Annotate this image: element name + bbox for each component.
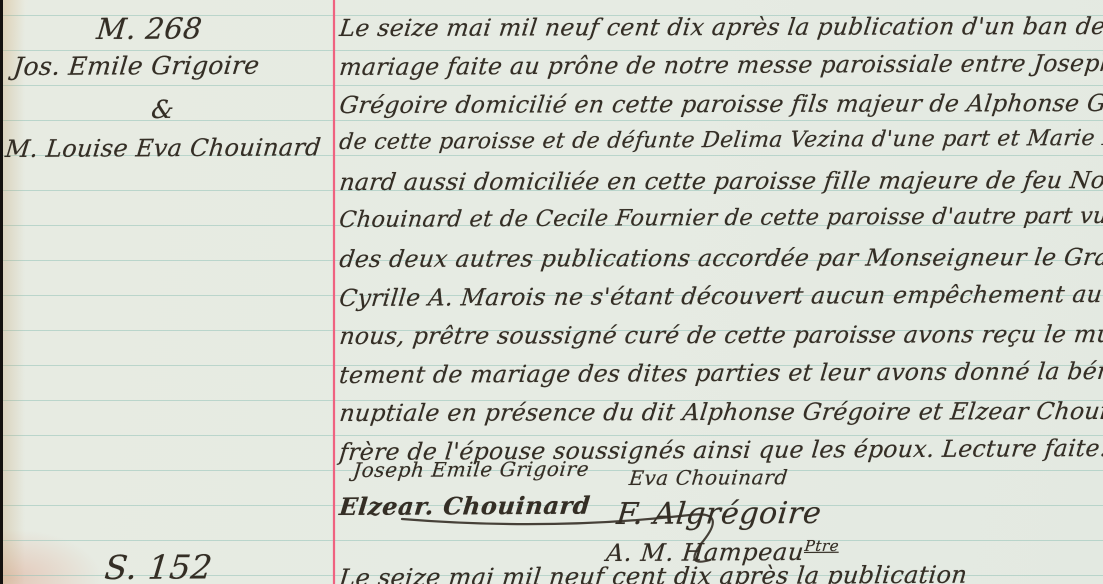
margin-groom-name: Jos. Emile Grigoire xyxy=(12,51,261,81)
signature-priest-title: Ptre xyxy=(804,537,840,555)
body-line: nard aussi domiciliée en cette paroisse … xyxy=(338,166,1103,196)
register-page: M. 268 Jos. Emile Grigoire & M. Louise E… xyxy=(0,0,1103,584)
body-line: de cette paroisse et de défunte Delima V… xyxy=(338,126,1103,155)
margin-rule-line xyxy=(333,0,335,584)
body-line: nous, prêtre soussigné curé de cette par… xyxy=(338,320,1103,350)
body-line: nuptiale en présence du dit Alphonse Gré… xyxy=(338,397,1103,427)
body-line: Le seize mai mil neuf cent dix après la … xyxy=(338,12,1103,42)
signature-witness: Elzear. Chouinard xyxy=(338,491,592,521)
signature-groom: Joseph Emile Grigoire xyxy=(352,457,590,482)
next-record-partial-line: Le seize mai mil neuf cent dix après la … xyxy=(338,560,1103,584)
body-line: tement de mariage des dites parties et l… xyxy=(338,357,1103,389)
next-record-number: S. 152 xyxy=(103,547,214,584)
body-line: des deux autres publications accordée pa… xyxy=(338,243,1103,273)
margin-bride-name: M. Louise Eva Chouinard xyxy=(4,133,322,163)
signature-bride: Eva Chouinard xyxy=(628,465,789,490)
margin-ampersand: & xyxy=(150,95,175,124)
record-number: M. 268 xyxy=(95,11,204,46)
page-edge-shadow xyxy=(3,0,25,584)
body-line: Cyrille A. Marois ne s'étant découvert a… xyxy=(338,280,1103,312)
body-line: Grégoire domicilié en cette paroisse fil… xyxy=(338,89,1103,119)
signature-father: F. Algrégoire xyxy=(615,496,823,532)
body-line: Chouinard et de Cecile Fournier de cette… xyxy=(338,203,1103,233)
body-line: mariage faite au prône de notre messe pa… xyxy=(338,49,1103,81)
